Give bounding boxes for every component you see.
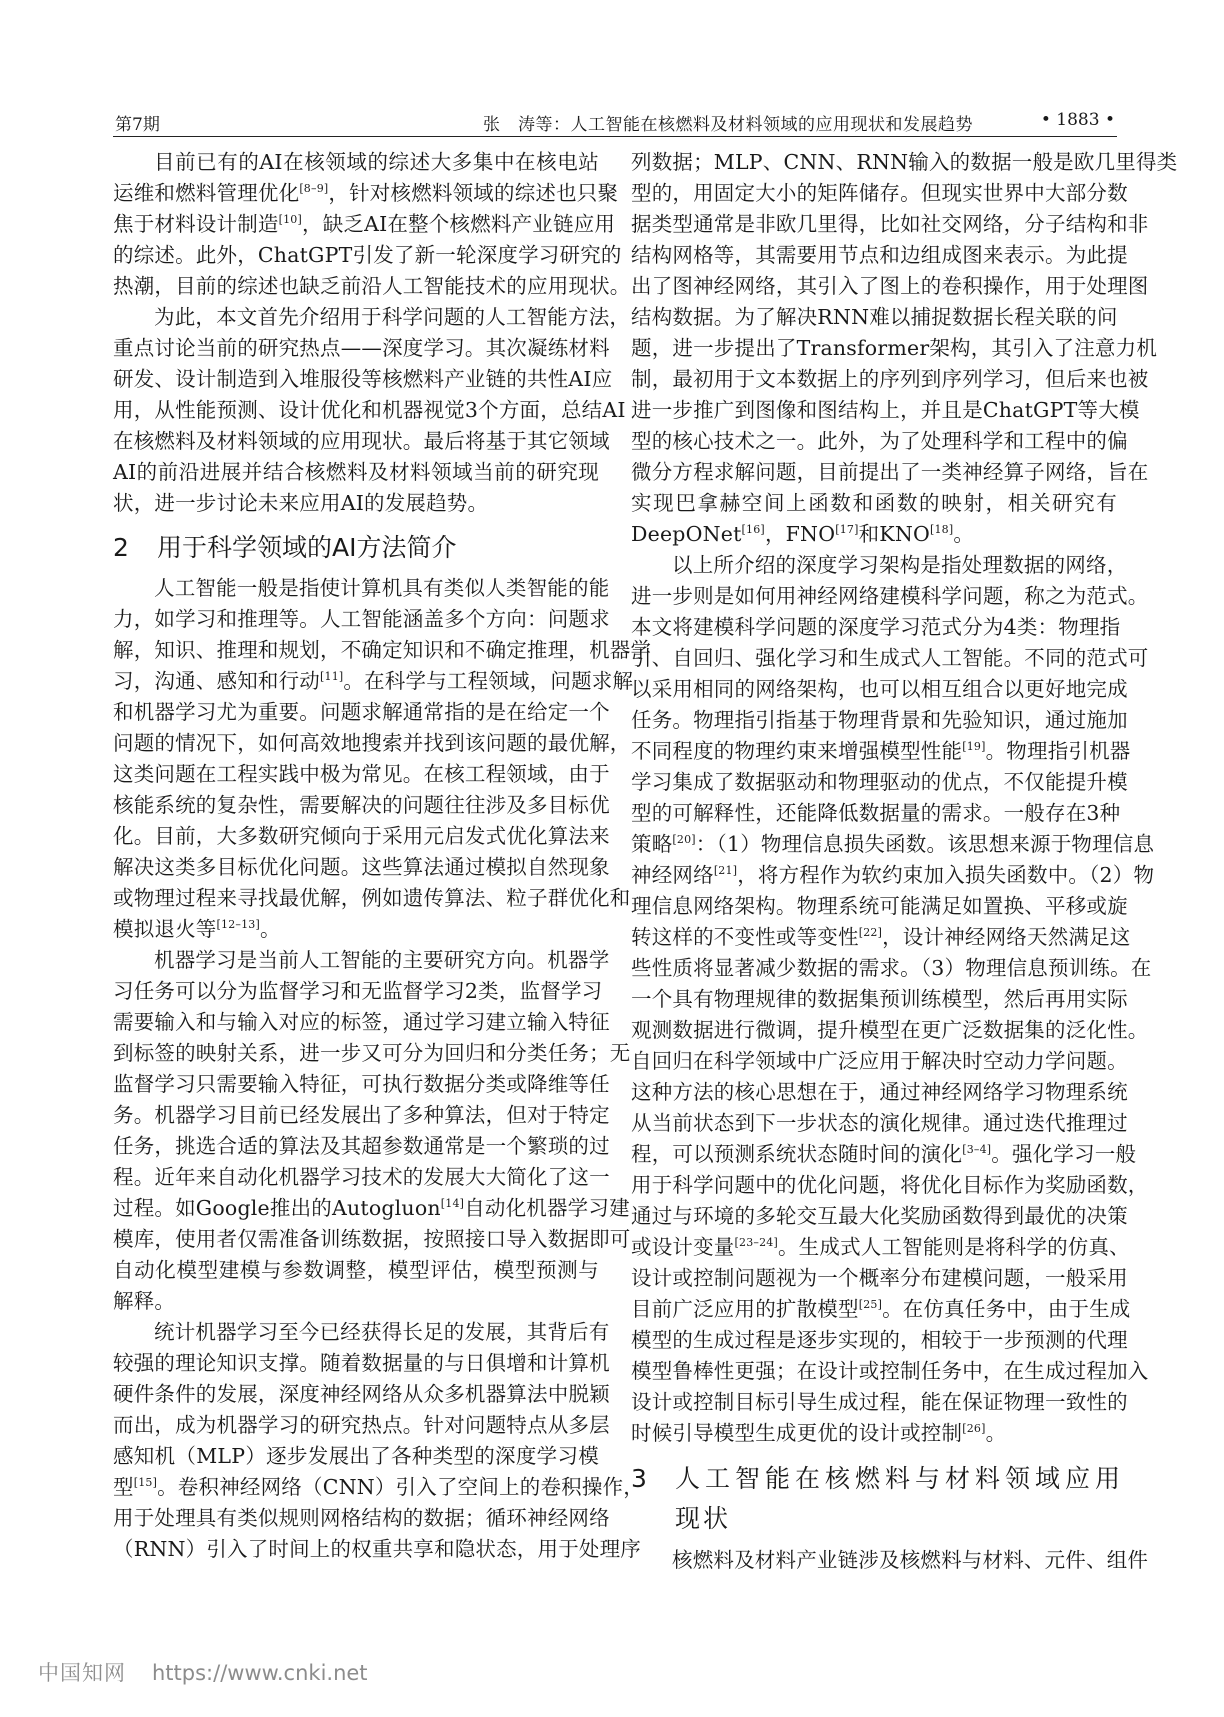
citation[interactable]: [15] xyxy=(134,1476,157,1489)
citation[interactable]: [11] xyxy=(320,670,343,683)
text-line: 结构数据。为了解决RNN难以捕捉数据长程关联的问 xyxy=(631,302,1117,333)
citation[interactable]: [16] xyxy=(742,523,765,536)
text-line: 状，进一步讨论未来应用AI的发展趋势。 xyxy=(113,488,599,519)
paragraph-ai-definition: 人工智能一般是指使计算机具有类似人类智能的能 力，如学习和推理等。人工智能涵盖多… xyxy=(113,573,599,945)
text-line: 感知机（MLP）逐步发展出了各种类型的深度学习模 xyxy=(113,1441,599,1472)
section-title-continued: 现状 xyxy=(631,1499,1117,1539)
text-line: 热潮，目前的综述也缺乏前沿人工智能技术的应用现状。 xyxy=(113,271,599,302)
text-line: 题，进一步提出了Transformer架构，其引入了注意力机 xyxy=(631,333,1117,364)
citation[interactable]: [8–9] xyxy=(299,182,328,195)
paragraph-industry-chain: 核燃料及材料产业链涉及核燃料与材料、元件、组件 xyxy=(631,1545,1117,1576)
text-line: 或物理过程来寻找最优解，例如遗传算法、粒子群优化和 xyxy=(113,883,599,914)
issue-number: 第7期 xyxy=(115,110,160,135)
section-title: 人工智能在核燃料与材料领域应用 xyxy=(675,1464,1125,1493)
citation[interactable]: [20] xyxy=(672,833,695,846)
citation[interactable]: [17] xyxy=(835,523,858,536)
citation[interactable]: [25] xyxy=(859,1298,882,1311)
text-line: 任务。物理指引指基于物理背景和先验知识，通过施加 xyxy=(631,705,1117,736)
text-line: 习，沟通、感知和行动[11]。在科学与工程领域，问题求解 xyxy=(113,666,599,697)
section-heading-3: 3人工智能在核燃料与材料领域应用 现状 xyxy=(631,1453,1117,1545)
text-line: 目前广泛应用的扩散模型[25]。在仿真任务中，由于生成 xyxy=(631,1294,1117,1325)
text-line: 化。目前，大多数研究倾向于采用元启发式优化算法来 xyxy=(113,821,599,852)
text-line: 型的核心技术之一。此外，为了处理科学和工程中的偏 xyxy=(631,426,1117,457)
text-line: 自动化模型建模与参数调整，模型评估，模型预测与 xyxy=(113,1255,599,1286)
text-line: 引、自回归、强化学习和生成式人工智能。不同的范式可 xyxy=(631,643,1117,674)
text-line: 焦于材料设计制造[10]，缺乏AI在整个核燃料产业链应用 xyxy=(113,209,599,240)
text-line: 时候引导模型生成更优的设计或控制[26]。 xyxy=(631,1418,1117,1449)
text-line: 硬件条件的发展，深度神经网络从众多机器算法中脱颖 xyxy=(113,1379,599,1410)
text-line: 型[15]。卷积神经网络（CNN）引入了空间上的卷积操作， xyxy=(113,1472,599,1503)
text-line: AI的前沿进展并结合核燃料及材料领域当前的研究现 xyxy=(113,457,599,488)
text-line: 务。机器学习目前已经发展出了多种算法，但对于特定 xyxy=(113,1100,599,1131)
text-line: 微分方程求解问题，目前提出了一类神经算子网络，旨在 xyxy=(631,457,1117,488)
text-line: 监督学习只需要输入特征，可执行数据分类或降维等任 xyxy=(113,1069,599,1100)
text-line: 用，从性能预测、设计优化和机器视觉3个方面，总结AI xyxy=(113,395,599,426)
section-number: 2 xyxy=(113,523,157,573)
section-title: 用于科学领域的AI方法简介 xyxy=(157,533,456,562)
text-line: 核燃料及材料产业链涉及核燃料与材料、元件、组件 xyxy=(631,1545,1117,1576)
text-line: 结构网格等，其需要用节点和边组成图来表示。为此提 xyxy=(631,240,1117,271)
text-line: 从当前状态到下一步状态的演化规律。通过迭代推理过 xyxy=(631,1108,1117,1139)
text-line: DeepONet[16]，FNO[17]和KNO[18]。 xyxy=(631,519,1117,550)
text-line: 自回归在科学领域中广泛应用于解决时空动力学问题。 xyxy=(631,1046,1117,1077)
text-line: 运维和燃料管理优化[8–9]，针对核燃料领域的综述也只聚 xyxy=(113,178,599,209)
citation[interactable]: [12–13] xyxy=(217,918,260,931)
text-line: 实现巴拿赫空间上函数和函数的映射，相关研究有 xyxy=(631,488,1117,519)
cnki-watermark: 中国知网https://www.cnki.net xyxy=(38,1657,368,1687)
text-line: 和机器学习尤为重要。问题求解通常指的是在给定一个 xyxy=(113,697,599,728)
text-line: 力，如学习和推理等。人工智能涵盖多个方向：问题求 xyxy=(113,604,599,635)
citation[interactable]: [21] xyxy=(714,864,737,877)
running-title: 张 涛等：人工智能在核燃料及材料领域的应用现状和发展趋势 xyxy=(483,110,973,135)
paragraph-intro-reviews: 目前已有的AI在核领域的综述大多集中在核电站 运维和燃料管理优化[8–9]，针对… xyxy=(113,147,599,302)
text-line: 理信息网络架构。物理系统可能满足如置换、平移或旋 xyxy=(631,891,1117,922)
page-header: 第7期 张 涛等：人工智能在核燃料及材料领域的应用现状和发展趋势 • 1883 … xyxy=(113,108,1117,137)
text-line: 这类问题在工程实践中极为常见。在核工程领域，由于 xyxy=(113,759,599,790)
text-line: 通过与环境的多轮交互最大化奖励函数得到最优的决策 xyxy=(631,1201,1117,1232)
left-column: 目前已有的AI在核领域的综述大多集中在核电站 运维和燃料管理优化[8–9]，针对… xyxy=(113,147,599,1565)
text-line: 转这样的不变性或等变性[22]，设计神经网络天然满足这 xyxy=(631,922,1117,953)
paragraph-machine-learning: 机器学习是当前人工智能的主要研究方向。机器学 习任务可以分为监督学习和无监督学习… xyxy=(113,945,599,1317)
paragraph-paper-outline: 为此，本文首先介绍用于科学问题的人工智能方法， 重点讨论当前的研究热点——深度学… xyxy=(113,302,599,519)
text-line: 进一步推广到图像和图结构上，并且是ChatGPT等大模 xyxy=(631,395,1117,426)
text-line: （RNN）引入了时间上的权重共享和隐状态，用于处理序 xyxy=(113,1534,599,1565)
watermark-url[interactable]: https://www.cnki.net xyxy=(152,1661,368,1685)
section-number: 3 xyxy=(631,1459,675,1499)
text-line: 较强的理论知识支撑。随着数据量的与日俱增和计算机 xyxy=(113,1348,599,1379)
text-line: 观测数据进行微调，提升模型在更广泛数据集的泛化性。 xyxy=(631,1015,1117,1046)
text-line: 模型鲁棒性更强；在设计或控制任务中，在生成过程加入 xyxy=(631,1356,1117,1387)
text-line: 研发、设计制造到入堆服役等核燃料产业链的共性AI应 xyxy=(113,364,599,395)
text-line: 模库，使用者仅需准备训练数据，按照接口导入数据即可 xyxy=(113,1224,599,1255)
text-line: 本文将建模科学问题的深度学习范式分为4类：物理指 xyxy=(631,612,1117,643)
text-line: 任务，挑选合适的算法及其超参数通常是一个繁琐的过 xyxy=(113,1131,599,1162)
citation[interactable]: [14] xyxy=(441,1197,464,1210)
text-line: 型的可解释性，还能降低数据量的需求。一般存在3种 xyxy=(631,798,1117,829)
text-line: 或设计变量[23–24]。生成式人工智能则是将科学的仿真、 xyxy=(631,1232,1117,1263)
text-line: 不同程度的物理约束来增强模型性能[19]。物理指引机器 xyxy=(631,736,1117,767)
text-line: 型的，用固定大小的矩阵储存。但现实世界中大部分数 xyxy=(631,178,1117,209)
text-line: 问题的情况下，如何高效地搜索并找到该问题的最优解， xyxy=(113,728,599,759)
text-line: 设计或控制目标引导生成过程，能在保证物理一致性的 xyxy=(631,1387,1117,1418)
text-line: 为此，本文首先介绍用于科学问题的人工智能方法， xyxy=(113,302,599,333)
citation[interactable]: [23–24] xyxy=(735,1236,778,1249)
paragraph-network-architectures: 列数据；MLP、CNN、RNN输入的数据一般是欧几里得类 型的，用固定大小的矩阵… xyxy=(631,147,1117,550)
text-line: 到标签的映射关系，进一步又可分为回归和分类任务；无 xyxy=(113,1038,599,1069)
paragraph-paradigms: 以上所介绍的深度学习架构是指处理数据的网络， 进一步则是如何用神经网络建模科学问… xyxy=(631,550,1117,1449)
text-line: 而出，成为机器学习的研究热点。针对问题特点从多层 xyxy=(113,1410,599,1441)
text-line: 用于处理具有类似规则网格结构的数据；循环神经网络 xyxy=(113,1503,599,1534)
right-column: 列数据；MLP、CNN、RNN输入的数据一般是欧几里得类 型的，用固定大小的矩阵… xyxy=(631,147,1117,1576)
text-line: 以上所介绍的深度学习架构是指处理数据的网络， xyxy=(631,550,1117,581)
citation[interactable]: [18] xyxy=(930,523,953,536)
text-line: 用于科学问题中的优化问题，将优化目标作为奖励函数， xyxy=(631,1170,1117,1201)
text-line: 出了图神经网络，其引入了图上的卷积操作，用于处理图 xyxy=(631,271,1117,302)
text-line: 人工智能一般是指使计算机具有类似人类智能的能 xyxy=(113,573,599,604)
text-line: 神经网络[21]，将方程作为软约束加入损失函数中。（2）物 xyxy=(631,860,1117,891)
text-line: 些性质将显著减少数据的需求。（3）物理信息预训练。在 xyxy=(631,953,1117,984)
text-line: 据类型通常是非欧几里得，比如社交网络，分子结构和非 xyxy=(631,209,1117,240)
text-line: 进一步则是如何用神经网络建模科学问题，称之为范式。 xyxy=(631,581,1117,612)
text-line: 机器学习是当前人工智能的主要研究方向。机器学 xyxy=(113,945,599,976)
text-line: 核能系统的复杂性，需要解决的问题往往涉及多目标优 xyxy=(113,790,599,821)
text-line: 需要输入和与输入对应的标签，通过学习建立输入特征 xyxy=(113,1007,599,1038)
text-line: 解，知识、推理和规划，不确定知识和不确定推理，机器学 xyxy=(113,635,599,666)
citation[interactable]: [22] xyxy=(859,926,882,939)
text-line: 学习集成了数据驱动和物理驱动的优点，不仅能提升模 xyxy=(631,767,1117,798)
text-line: 模型的生成过程是逐步实现的，相较于一步预测的代理 xyxy=(631,1325,1117,1356)
citation[interactable]: [26] xyxy=(962,1422,985,1435)
text-line: 模拟退火等[12–13]。 xyxy=(113,914,599,945)
text-line: 解释。 xyxy=(113,1286,599,1317)
citation[interactable]: [10] xyxy=(279,213,302,226)
paragraph-deep-learning: 统计机器学习至今已经获得长足的发展，其背后有 较强的理论知识支撑。随着数据量的与… xyxy=(113,1317,599,1565)
text-line: 列数据；MLP、CNN、RNN输入的数据一般是欧几里得类 xyxy=(631,147,1117,178)
text-line: 过程。如Google推出的Autogluon[14]自动化机器学习建 xyxy=(113,1193,599,1224)
text-line: 的综述。此外，ChatGPT引发了新一轮深度学习研究的 xyxy=(113,240,599,271)
text-line: 制，最初用于文本数据上的序列到序列学习，但后来也被 xyxy=(631,364,1117,395)
text-line: 设计或控制问题视为一个概率分布建模问题，一般采用 xyxy=(631,1263,1117,1294)
text-line: 一个具有物理规律的数据集预训练模型，然后再用实际 xyxy=(631,984,1117,1015)
section-heading-2: 2用于科学领域的AI方法简介 xyxy=(113,523,599,573)
text-line: 这种方法的核心思想在于，通过神经网络学习物理系统 xyxy=(631,1077,1117,1108)
text-line: 策略[20]：（1）物理信息损失函数。该思想来源于物理信息 xyxy=(631,829,1117,860)
text-line: 习任务可以分为监督学习和无监督学习2类，监督学习 xyxy=(113,976,599,1007)
text-line: 目前已有的AI在核领域的综述大多集中在核电站 xyxy=(113,147,599,178)
page-number: • 1883 • xyxy=(1041,110,1115,130)
citation[interactable]: [3–4] xyxy=(962,1143,991,1156)
text-line: 程。近年来自动化机器学习技术的发展大大简化了这一 xyxy=(113,1162,599,1193)
text-line: 以采用相同的网络架构，也可以相互组合以更好地完成 xyxy=(631,674,1117,705)
citation[interactable]: [19] xyxy=(962,740,985,753)
text-line: 程，可以预测系统状态随时间的演化[3–4]。强化学习一般 xyxy=(631,1139,1117,1170)
text-line: 统计机器学习至今已经获得长足的发展，其背后有 xyxy=(113,1317,599,1348)
text-line: 解决这类多目标优化问题。这些算法通过模拟自然现象 xyxy=(113,852,599,883)
watermark-site-name: 中国知网 xyxy=(38,1661,126,1685)
text-line: 重点讨论当前的研究热点——深度学习。其次凝练材料 xyxy=(113,333,599,364)
text-line: 在核燃料及材料领域的应用现状。最后将基于其它领域 xyxy=(113,426,599,457)
